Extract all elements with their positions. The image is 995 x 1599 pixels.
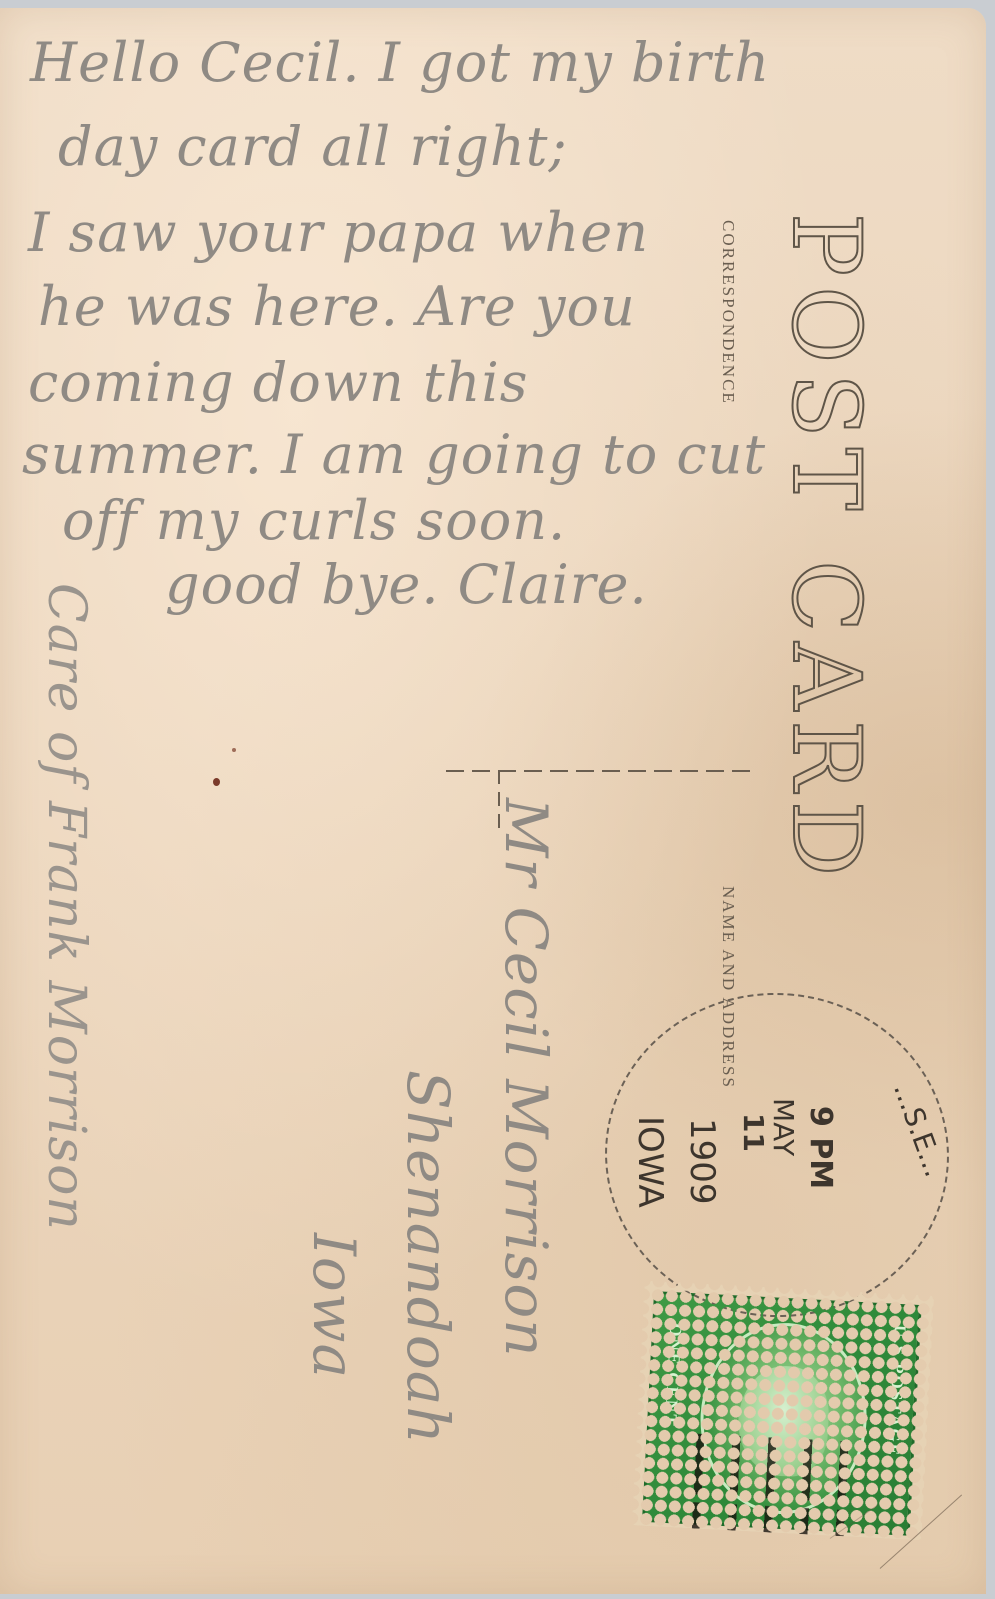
address-line-2: Shenandoah: [394, 1070, 462, 1445]
message-line-7: off my curls soon.: [62, 494, 566, 548]
message-line-6: summer. I am going to cut: [22, 428, 766, 482]
ink-speck: [213, 778, 220, 786]
post-card-title: POST CARD: [771, 213, 880, 886]
message-line-3: I saw your papa when: [28, 206, 649, 260]
ink-speck-small: [232, 748, 236, 752]
message-line-5: coming down this: [28, 356, 528, 410]
horizontal-divider: [446, 770, 752, 772]
postmark-time: 9 PM: [803, 1106, 838, 1189]
postmark-day: 11: [737, 1113, 770, 1152]
address-line-3: Iowa: [300, 1233, 368, 1379]
message-line-4: he was here. Are you: [38, 280, 636, 334]
cancellation-bars: [691, 1434, 877, 1553]
message-line-2: day card all right;: [58, 120, 568, 174]
stamp-right-label: U.S.POSTAGE: [883, 1324, 910, 1457]
address-line-1: Mr Cecil Morrison: [492, 798, 560, 1358]
postmark-year: 1909: [682, 1118, 722, 1205]
postcard-back: Hello Cecil. I got my birth day card all…: [0, 8, 986, 1594]
correspondence-label: CORRESPONDENCE: [718, 220, 738, 405]
stamp-left-label: ONE CENT: [660, 1323, 685, 1428]
postmark-state: IOWA: [630, 1116, 670, 1208]
message-line-1: Hello Cecil. I got my birth: [30, 36, 770, 90]
message-signoff: good bye. Claire.: [165, 558, 648, 612]
one-cent-stamp: U.S.POSTAGE ONE CENT: [632, 1281, 934, 1541]
side-note: Care of Frank Morrison: [36, 583, 96, 1231]
postmark-month: MAY: [767, 1098, 800, 1156]
